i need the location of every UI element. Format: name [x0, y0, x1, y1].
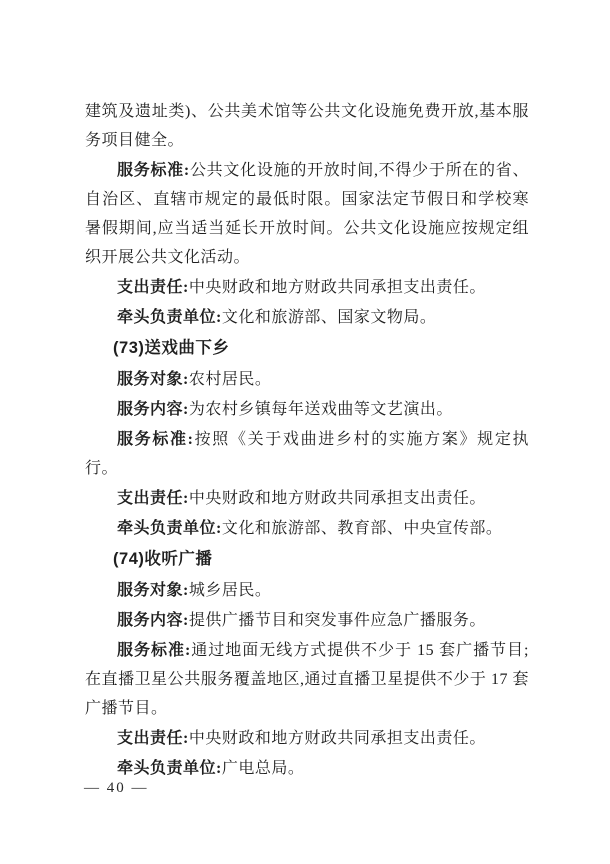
paragraph-service-standard: 服务标准:通过地面无线方式提供不少于 15 套广播节目;在直播卫星公共服务覆盖地… — [85, 636, 529, 723]
paragraph-expenditure-responsibility: 支出责任:中央财政和地方财政共同承担支出责任。 — [85, 724, 529, 753]
field-label: 服务对象: — [117, 371, 189, 388]
field-text: 中央财政和地方财政共同承担支出责任。 — [189, 490, 486, 507]
field-label: 支出责任: — [117, 730, 189, 747]
paragraph-service-target: 服务对象:城乡居民。 — [85, 576, 529, 605]
paragraph-service-target: 服务对象:农村居民。 — [85, 365, 529, 394]
paragraph-continuation: 建筑及遗址类)、公共美术馆等公共文化设施免费开放,基本服务项目健全。 — [85, 97, 529, 155]
paragraph-lead-unit: 牵头负责单位:文化和旅游部、教育部、中央宣传部。 — [85, 514, 529, 543]
field-text: 广电总局。 — [222, 760, 305, 777]
section-heading-74: (74)收听广播 — [85, 545, 529, 574]
field-text: 文化和旅游部、国家文物局。 — [222, 309, 437, 326]
document-page: 建筑及遗址类)、公共美术馆等公共文化设施免费开放,基本服务项目健全。 服务标准:… — [0, 0, 610, 864]
field-label: 服务内容: — [117, 612, 189, 629]
field-label: 服务内容: — [117, 401, 189, 418]
field-text: 农村居民。 — [189, 371, 272, 388]
page-number: — 40 — — [84, 780, 149, 797]
field-text: 文化和旅游部、教育部、中央宣传部。 — [222, 520, 503, 537]
field-label: 牵头负责单位: — [117, 520, 222, 537]
paragraph-lead-unit: 牵头负责单位:文化和旅游部、国家文物局。 — [85, 303, 529, 332]
paragraph-service-content: 服务内容:为农村乡镇每年送戏曲等文艺演出。 — [85, 395, 529, 424]
document-body: 建筑及遗址类)、公共美术馆等公共文化设施免费开放,基本服务项目健全。 服务标准:… — [85, 97, 529, 784]
field-label: 支出责任: — [117, 279, 189, 296]
field-text: 为农村乡镇每年送戏曲等文艺演出。 — [189, 401, 453, 418]
field-label: 牵头负责单位: — [117, 760, 222, 777]
paragraph-service-content: 服务内容:提供广播节目和突发事件应急广播服务。 — [85, 606, 529, 635]
paragraph-expenditure-responsibility: 支出责任:中央财政和地方财政共同承担支出责任。 — [85, 273, 529, 302]
paragraph-expenditure-responsibility: 支出责任:中央财政和地方财政共同承担支出责任。 — [85, 484, 529, 513]
field-label: 服务对象: — [117, 582, 189, 599]
field-text: 中央财政和地方财政共同承担支出责任。 — [189, 730, 486, 747]
paragraph-service-standard: 服务标准:公共文化设施的开放时间,不得少于所在的省、自治区、直辖市规定的最低时限… — [85, 156, 529, 272]
field-text: 中央财政和地方财政共同承担支出责任。 — [189, 279, 486, 296]
field-label: 服务标准: — [117, 642, 191, 659]
field-label: 服务标准: — [117, 431, 193, 448]
field-text: 城乡居民。 — [189, 582, 272, 599]
paragraph-service-standard: 服务标准:按照《关于戏曲进乡村的实施方案》规定执行。 — [85, 425, 529, 483]
field-text: 提供广播节目和突发事件应急广播服务。 — [189, 612, 486, 629]
section-heading-73: (73)送戏曲下乡 — [85, 334, 529, 363]
paragraph-lead-unit: 牵头负责单位:广电总局。 — [85, 754, 529, 783]
field-label: 支出责任: — [117, 490, 189, 507]
field-label: 服务标准: — [117, 162, 190, 179]
field-label: 牵头负责单位: — [117, 309, 222, 326]
